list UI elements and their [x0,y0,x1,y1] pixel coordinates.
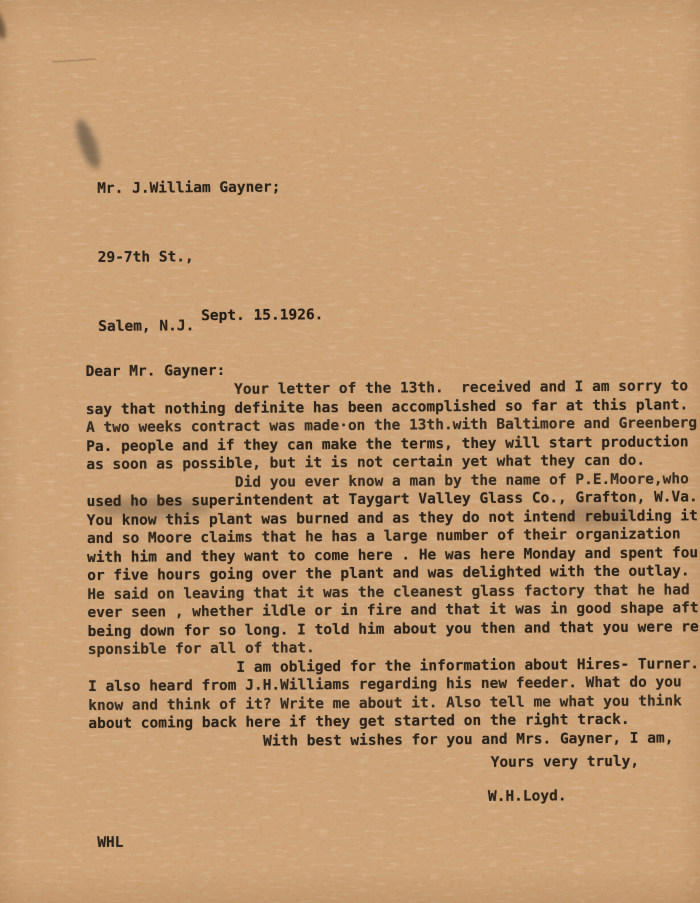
letter-page: Mr. J.William Gayner; 29-7th St., Salem,… [0,0,700,903]
letter-body: Your letter of the 13th. received and I … [86,377,700,752]
recipient-name: Mr. J.William Gayner; [97,176,281,200]
closing-phrase: Yours very truly, [491,754,640,771]
typed-content: Mr. J.William Gayner; 29-7th St., Salem,… [0,0,700,903]
recipient-street: 29-7th St., [98,245,282,269]
salutation: Dear Mr. Gayner: [86,363,226,380]
signature-name: W.H.Loyd. [488,788,567,805]
date-line: Sept. 15.1926. [201,307,323,324]
typist-initials: WHL [97,835,123,851]
recipient-address: Mr. J.William Gayner; 29-7th St., Salem,… [97,130,282,384]
